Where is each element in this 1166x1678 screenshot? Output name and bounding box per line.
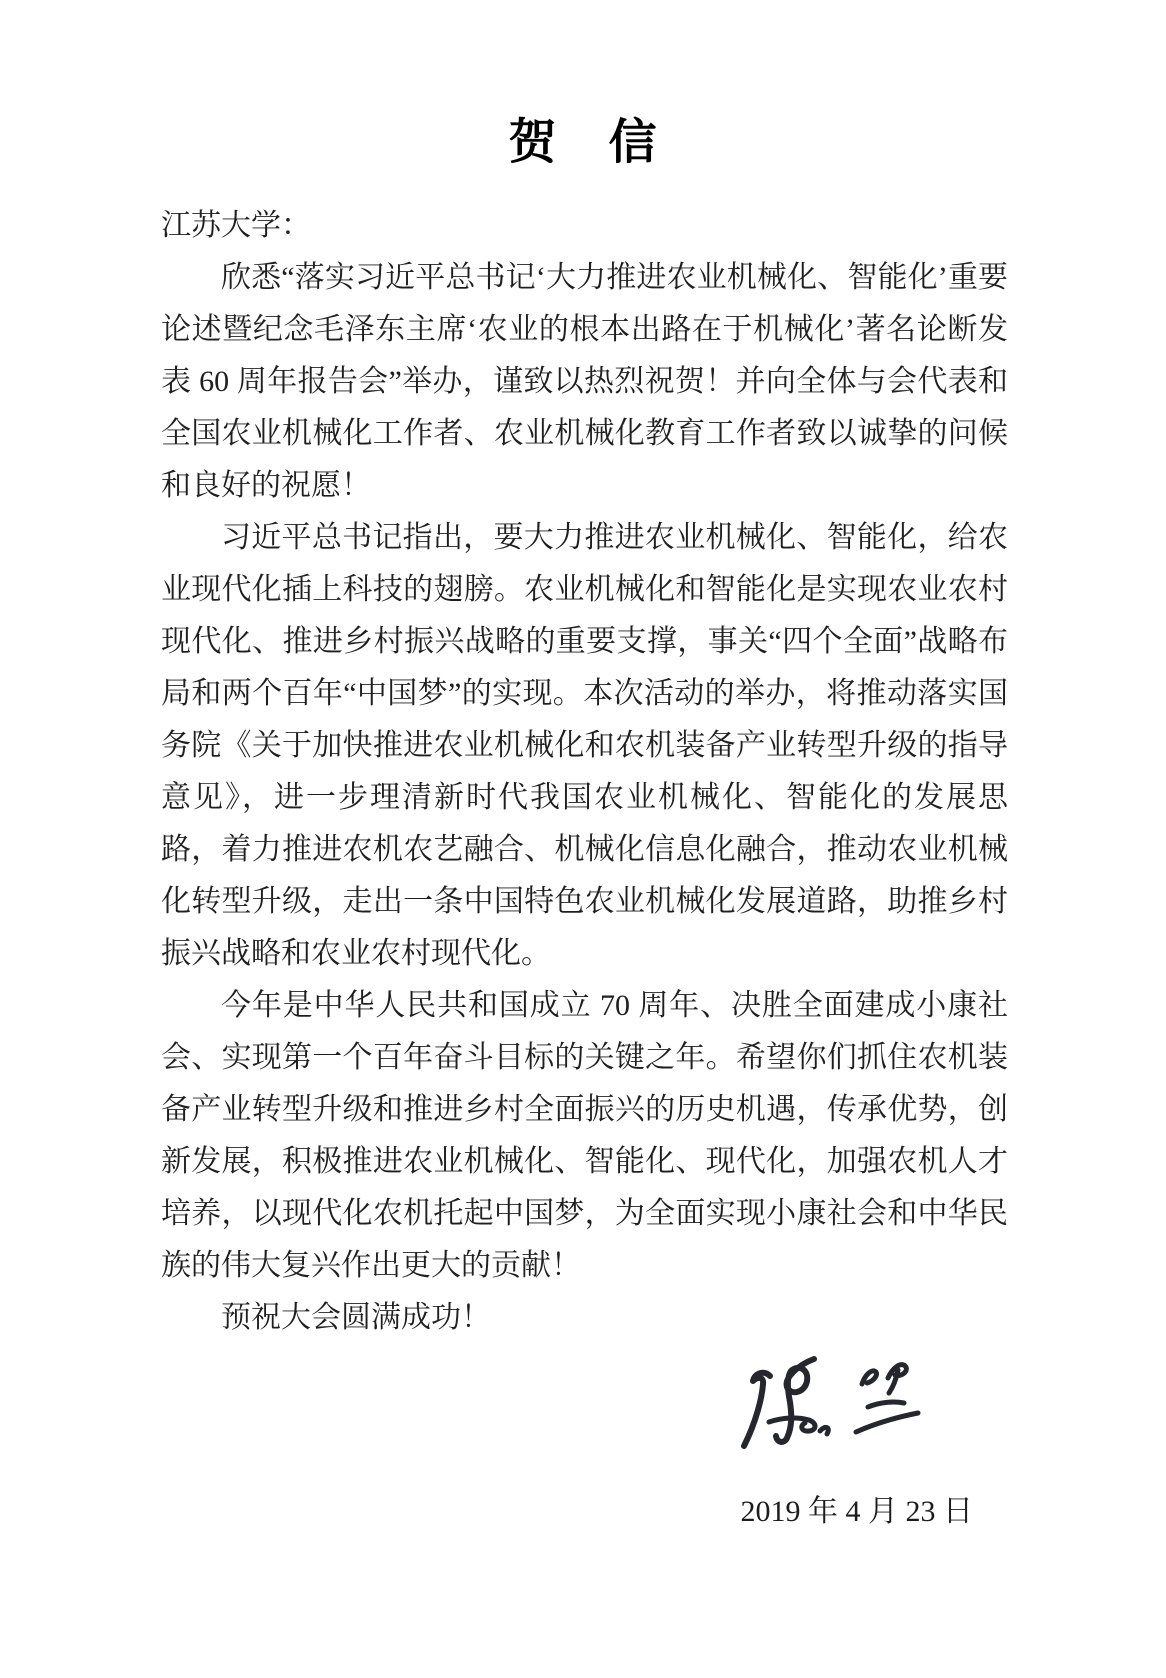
letter-page: 贺 信 江苏大学： 欣悉“落实习近平总书记‘大力推进农业机械化、智能化’重要论述…	[0, 0, 1166, 1678]
letter-title: 贺 信	[161, 112, 1006, 174]
letter-date: 2019 年 4 月 23 日	[161, 1488, 973, 1536]
paragraph-3: 今年是中华人民共和国成立 70 周年、决胜全面建成小康社会、实现第一个百年奋斗目…	[161, 980, 1008, 1292]
letter-body: 江苏大学： 欣悉“落实习近平总书记‘大力推进农业机械化、智能化’重要论述暨纪念毛…	[161, 200, 1008, 1344]
paragraph-2: 习近平总书记指出，要大力推进农业机械化、智能化，给农业现代化插上科技的翅膀。农业…	[161, 512, 1008, 980]
handwritten-signature-image	[738, 1352, 938, 1464]
paragraph-1: 欣悉“落实习近平总书记‘大力推进农业机械化、智能化’重要论述暨纪念毛泽东主席‘农…	[161, 252, 1008, 512]
salutation: 江苏大学：	[161, 200, 1008, 252]
paragraph-4: 预祝大会圆满成功！	[161, 1292, 1008, 1344]
